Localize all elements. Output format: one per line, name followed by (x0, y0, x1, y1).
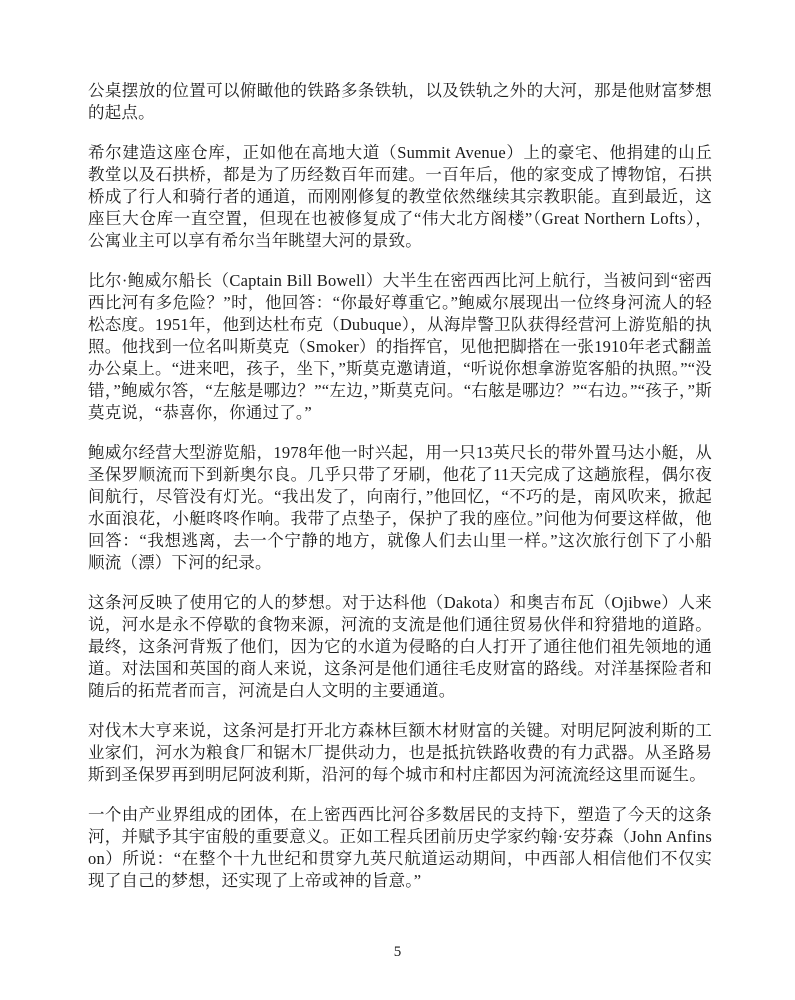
paragraph-3: 比尔·鲍威尔船长（Captain Bill Bowell）大半生在密西西比河上航… (88, 270, 712, 424)
paragraph-6: 对伐木大亨来说，这条河是打开北方森林巨额木材财富的关键。对明尼阿波利斯的工业家们… (88, 720, 712, 786)
paragraph-4: 鲍威尔经营大型游览船，1978年他一时兴起，用一只13英尺长的带外置马达小艇，从… (88, 442, 712, 574)
page-number: 5 (0, 944, 795, 961)
paragraph-2: 希尔建造这座仓库，正如他在高地大道（Summit Avenue）上的豪宅、他捐建… (88, 142, 712, 252)
paragraph-1: 公桌摆放的位置可以俯瞰他的铁路多条铁轨，以及铁轨之外的大河，那是他财富梦想的起点… (88, 80, 712, 124)
document-page: 公桌摆放的位置可以俯瞰他的铁路多条铁轨，以及铁轨之外的大河，那是他财富梦想的起点… (0, 0, 795, 1000)
paragraph-7: 一个由产业界组成的团体，在上密西西比河谷多数居民的支持下，塑造了今天的这条河，并… (88, 804, 712, 892)
paragraph-5: 这条河反映了使用它的人的梦想。对于达科他（Dakota）和奥吉布瓦（Ojibwe… (88, 592, 712, 702)
